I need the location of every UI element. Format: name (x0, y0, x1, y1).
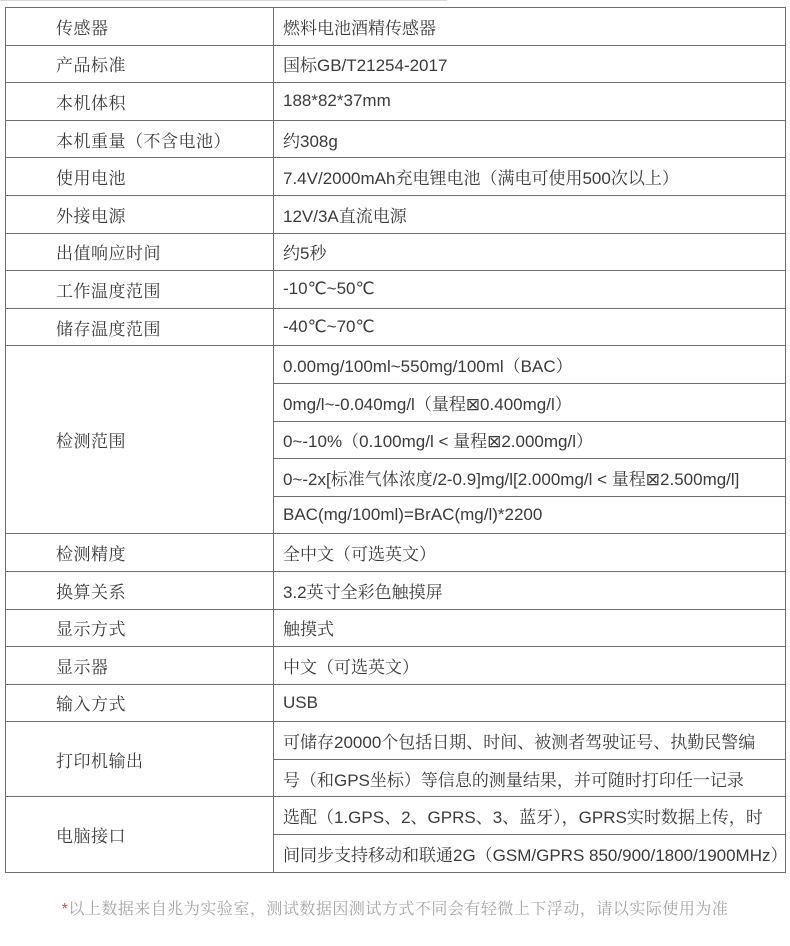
spec-label: 本机重量（不含电池） (6, 120, 274, 158)
spec-label: 产品标准 (6, 45, 274, 83)
spec-value: 触摸式 (274, 609, 786, 647)
spec-value: 选配（1.GPS、2、GPRS、3、蓝牙），GPRS实时数据上传，时 (274, 797, 786, 835)
spec-row: 输入方式USB (6, 684, 786, 722)
spec-row: 显示方式触摸式 (6, 609, 786, 647)
spec-label: 储存温度范围 (6, 308, 274, 346)
spec-label: 外接电源 (6, 195, 274, 233)
spec-value: USB (274, 684, 786, 722)
spec-label: 电脑接口 (6, 797, 274, 872)
spec-value: 中文（可选英文） (274, 647, 786, 685)
spec-value: 号（和GPS坐标）等信息的测量结果，并可随时打印任一记录 (274, 759, 786, 797)
spec-label: 传感器 (6, 8, 274, 46)
spec-table: 传感器燃料电池酒精传感器产品标准国标GB/T21254-2017本机体积188*… (5, 7, 786, 873)
spec-value: 188*82*37mm (274, 83, 786, 121)
spec-value: 燃料电池酒精传感器 (274, 8, 786, 46)
spec-sheet-page: 传感器燃料电池酒精传感器产品标准国标GB/T21254-2017本机体积188*… (0, 0, 790, 946)
spec-value: -40℃~70℃ (274, 308, 786, 346)
spec-row: 换算关系3.2英寸全彩色触摸屏 (6, 571, 786, 609)
spec-label: 显示方式 (6, 609, 274, 647)
spec-label: 检测范围 (6, 346, 274, 534)
spec-value: 间同步支持移动和联通2G（GSM/GPRS 850/900/1800/1900M… (274, 835, 786, 873)
spec-row: 出值响应时间约5秒 (6, 233, 786, 271)
top-partial-divider (0, 0, 447, 1)
spec-table-body: 传感器燃料电池酒精传感器产品标准国标GB/T21254-2017本机体积188*… (6, 8, 786, 873)
spec-label: 打印机输出 (6, 722, 274, 797)
spec-value: 约5秒 (274, 233, 786, 271)
spec-row: 检测精度全中文（可选英文） (6, 534, 786, 572)
spec-value: -10℃~50℃ (274, 271, 786, 309)
footnote-text: 以上数据来自兆为实验室，测试数据因测试方式不同会有轻微上下浮动，请以实际使用为准 (68, 901, 728, 918)
spec-row: 电脑接口选配（1.GPS、2、GPRS、3、蓝牙），GPRS实时数据上传，时 (6, 797, 786, 835)
spec-value: 7.4V/2000mAh充电锂电池（满电可使用500次以上） (274, 158, 786, 196)
spec-row: 本机体积188*82*37mm (6, 83, 786, 121)
spec-value: 12V/3A直流电源 (274, 195, 786, 233)
spec-label: 本机体积 (6, 83, 274, 121)
spec-row: 产品标准国标GB/T21254-2017 (6, 45, 786, 83)
spec-value: 0mg/l~-0.040mg/l（量程⊠0.400mg/l） (274, 383, 786, 421)
spec-value: 0~-2x[标准气体浓度/2-0.9]mg/l[2.000mg/l < 量程⊠2… (274, 459, 786, 497)
spec-label: 输入方式 (6, 684, 274, 722)
spec-row: 传感器燃料电池酒精传感器 (6, 8, 786, 46)
spec-row: 工作温度范围-10℃~50℃ (6, 271, 786, 309)
spec-row: 打印机输出可储存20000个包括日期、时间、被测者驾驶证号、执勤民警编 (6, 722, 786, 760)
spec-label: 出值响应时间 (6, 233, 274, 271)
spec-row: 显示器中文（可选英文） (6, 647, 786, 685)
spec-label: 使用电池 (6, 158, 274, 196)
spec-value: 约308g (274, 120, 786, 158)
spec-row: 储存温度范围-40℃~70℃ (6, 308, 786, 346)
spec-value: 3.2英寸全彩色触摸屏 (274, 571, 786, 609)
spec-value: 0~-10%（0.100mg/l < 量程⊠2.000mg/l） (274, 421, 786, 459)
spec-label: 显示器 (6, 647, 274, 685)
spec-value: 全中文（可选英文） (274, 534, 786, 572)
footnote: *以上数据来自兆为实验室，测试数据因测试方式不同会有轻微上下浮动，请以实际使用为… (0, 896, 790, 919)
spec-row: 本机重量（不含电池）约308g (6, 120, 786, 158)
spec-row: 检测范围0.00mg/100ml~550mg/100ml（BAC） (6, 346, 786, 384)
spec-label: 检测精度 (6, 534, 274, 572)
spec-row: 外接电源12V/3A直流电源 (6, 195, 786, 233)
spec-label: 换算关系 (6, 571, 274, 609)
spec-row: 使用电池7.4V/2000mAh充电锂电池（满电可使用500次以上） (6, 158, 786, 196)
spec-label: 工作温度范围 (6, 271, 274, 309)
spec-value: 0.00mg/100ml~550mg/100ml（BAC） (274, 346, 786, 384)
spec-value: 可储存20000个包括日期、时间、被测者驾驶证号、执勤民警编 (274, 722, 786, 760)
spec-value: 国标GB/T21254-2017 (274, 45, 786, 83)
spec-value: BAC(mg/100ml)=BrAC(mg/l)*2200 (274, 496, 786, 534)
